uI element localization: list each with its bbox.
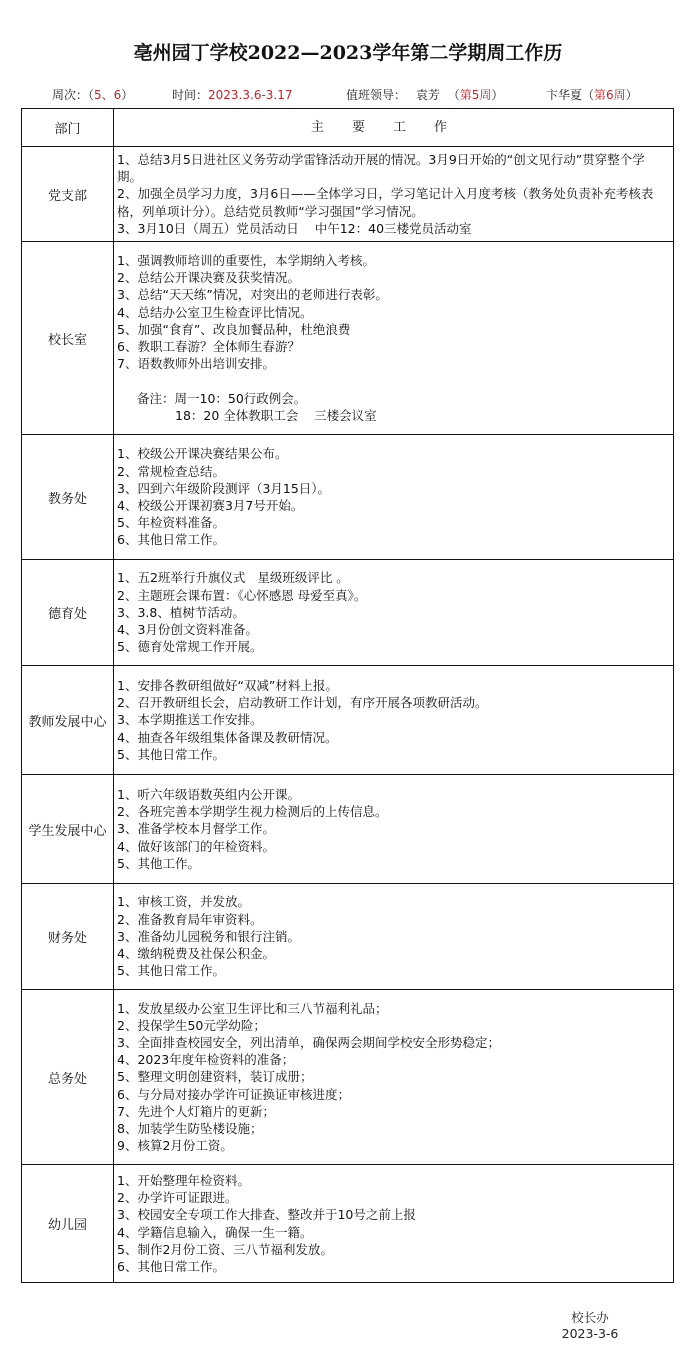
page-title: 亳州园丁学校2022—2023学年第二学期周工作历: [0, 38, 696, 65]
work-item: 2、各班完善本学期学生视力检测后的上传信息。: [117, 803, 669, 820]
work-cell: 1、校级公开课决赛结果公布。 2、常规检查总结。 3、四到六年级阶段测评（3月1…: [114, 435, 673, 559]
work-cell: 1、五2班举行升旗仪式 星级班级评比 。 2、主题班会课布置：《心怀感恩 母爱至…: [114, 560, 673, 665]
dept-cell: 幼儿园: [22, 1165, 114, 1282]
work-item: 4、3月份创文资料准备。: [117, 621, 669, 638]
work-item: 1、发放星级办公室卫生评比和三八节福利礼品；: [117, 1000, 669, 1017]
work-item: 1、五2班举行升旗仪式 星级班级评比 。: [117, 569, 669, 586]
work-item: 2、召开教研组长会，启动教研工作计划，有序开展各项教研活动。: [117, 694, 669, 711]
leader2-close: ）: [626, 88, 638, 102]
dept-cell: 教务处: [22, 435, 114, 559]
footer-date: 2023-3-6: [540, 1326, 640, 1341]
work-item: 8、加装学生防坠楼设施；: [117, 1120, 669, 1137]
table-row: 党支部 1、总结3月5日进社区义务劳动学雷锋活动开展的情况。3月9日开始的“创文…: [22, 146, 673, 241]
table-row: 学生发展中心 1、听六年级语数英组内公开课。 2、各班完善本学期学生视力检测后的…: [22, 774, 673, 883]
leader1-close: ）: [491, 88, 503, 102]
week-close: ）: [121, 88, 133, 102]
table-header: 部门 主要工作: [22, 109, 673, 146]
work-item: 2、投保学生50元学幼险；: [117, 1017, 669, 1034]
work-cell: 1、审核工资，并发放。 2、准备教育局年审资料。 3、准备幼儿园税务和银行注销。…: [114, 884, 673, 989]
dept-cell: 财务处: [22, 884, 114, 989]
work-schedule-table: 部门 主要工作 党支部 1、总结3月5日进社区义务劳动学雷锋活动开展的情况。3月…: [21, 108, 674, 1283]
note-line: 18：20 全体教职工会 三楼会议室: [117, 407, 669, 424]
table-row: 教务处 1、校级公开课决赛结果公布。 2、常规检查总结。 3、四到六年级阶段测评…: [22, 434, 673, 559]
work-item: 1、开始整理年检资料。: [117, 1172, 669, 1189]
week-value: 5、6: [94, 88, 121, 102]
leader2-week: 第6周: [594, 88, 626, 102]
work-item: 1、强调教师培训的重要性，本学期纳入考核。: [117, 252, 669, 269]
time-value: 2023.3.6-3.17: [208, 88, 293, 102]
note-line: 备注：周一10：50行政例会。: [117, 390, 669, 407]
work-cell: 1、发放星级办公室卫生评比和三八节福利礼品； 2、投保学生50元学幼险； 3、全…: [114, 990, 673, 1164]
week-label: 周次：（: [52, 88, 94, 102]
work-item: 5、其他日常工作。: [117, 962, 669, 979]
work-cell: 1、安排各教研组做好“双减”材料上报。 2、召开教研组长会，启动教研工作计划，有…: [114, 666, 673, 774]
work-item: 3、3月10日（周五）党员活动日 中午12：40三楼党员活动室: [117, 220, 669, 237]
leader-label: 值班领导：: [346, 88, 406, 102]
time-info: 时间：2023.3.6-3.17: [172, 86, 293, 103]
header-dept: 部门: [22, 109, 114, 146]
work-item: 6、其他日常工作。: [117, 1258, 669, 1275]
work-item: 4、2023年度年检资料的准备；: [117, 1051, 669, 1068]
work-item: 7、语数教师外出培训安排。: [117, 355, 669, 372]
work-item: 3、总结“天天练”情况，对突出的老师进行表彰。: [117, 286, 669, 303]
work-item: 3、准备学校本月督学工作。: [117, 820, 669, 837]
leader2-name: 卞华夏: [546, 88, 582, 102]
table-row: 幼儿园 1、开始整理年检资料。 2、办学许可证跟进。 3、校园安全专项工作大排查…: [22, 1164, 673, 1282]
dept-cell: 党支部: [22, 147, 114, 241]
work-item: 1、安排各教研组做好“双减”材料上报。: [117, 677, 669, 694]
table-row: 德育处 1、五2班举行升旗仪式 星级班级评比 。 2、主题班会课布置：《心怀感恩…: [22, 559, 673, 665]
work-cell: 1、开始整理年检资料。 2、办学许可证跟进。 3、校园安全专项工作大排查、整改并…: [114, 1165, 673, 1282]
work-item: 2、办学许可证跟进。: [117, 1189, 669, 1206]
work-item: 1、总结3月5日进社区义务劳动学雷锋活动开展的情况。3月9日开始的“创文见行动”…: [117, 151, 669, 185]
dept-cell: 校长室: [22, 242, 114, 434]
work-item: 6、与分局对接办学许可证换证审核进度；: [117, 1086, 669, 1103]
work-cell: 1、强调教师培训的重要性，本学期纳入考核。 2、总结公开课决赛及获奖情况。 3、…: [114, 242, 673, 434]
table-row: 财务处 1、审核工资，并发放。 2、准备教育局年审资料。 3、准备幼儿园税务和银…: [22, 883, 673, 989]
table-row: 教师发展中心 1、安排各教研组做好“双减”材料上报。 2、召开教研组长会，启动教…: [22, 665, 673, 774]
work-item: 4、校级公开课初赛3月7号开始。: [117, 497, 669, 514]
work-item: 4、缴纳税费及社保公积金。: [117, 945, 669, 962]
work-item: 5、年检资料准备。: [117, 514, 669, 531]
work-item: 3、全面排查校园安全，列出清单，确保两会期间学校安全形势稳定；: [117, 1034, 669, 1051]
dept-cell: 德育处: [22, 560, 114, 665]
leader-info: 值班领导： 袁芳 （第5周）: [346, 86, 503, 103]
work-item: 6、其他日常工作。: [117, 531, 669, 548]
work-item: 4、总结办公室卫生检查评比情况。: [117, 304, 669, 321]
footer-office: 校长办: [540, 1308, 640, 1326]
dept-cell: 教师发展中心: [22, 666, 114, 774]
leader1-open: （: [448, 88, 460, 102]
leader2-open: （: [582, 88, 594, 102]
work-item: 5、其他工作。: [117, 855, 669, 872]
leader2-info: 卞华夏（第6周）: [546, 86, 638, 103]
work-item: 5、其他日常工作。: [117, 746, 669, 763]
header-work: 主要工作: [114, 109, 673, 146]
work-item: 3、四到六年级阶段测评（3月15日）。: [117, 480, 669, 497]
work-cell: 1、总结3月5日进社区义务劳动学雷锋活动开展的情况。3月9日开始的“创文见行动”…: [114, 147, 673, 241]
work-item: 3、3.8、植树节活动。: [117, 604, 669, 621]
work-item: 4、抽查各年级组集体备课及教研情况。: [117, 729, 669, 746]
work-item: 1、听六年级语数英组内公开课。: [117, 786, 669, 803]
work-item: 2、常规检查总结。: [117, 463, 669, 480]
work-item: 2、总结公开课决赛及获奖情况。: [117, 269, 669, 286]
work-item: 5、制作2月份工资、三八节福利发放。: [117, 1241, 669, 1258]
work-item: 2、加强全员学习力度，3月6日——全体学习日，学习笔记计入月度考核（教务处负责补…: [117, 185, 669, 219]
work-item: 3、校园安全专项工作大排查、整改并于10号之前上报: [117, 1206, 669, 1223]
leader1-name: 袁芳: [416, 88, 440, 102]
work-item: 2、准备教育局年审资料。: [117, 911, 669, 928]
table-row: 校长室 1、强调教师培训的重要性，本学期纳入考核。 2、总结公开课决赛及获奖情况…: [22, 241, 673, 434]
work-item: 3、本学期推送工作安排。: [117, 711, 669, 728]
leader1-week: 第5周: [460, 88, 492, 102]
table-row: 总务处 1、发放星级办公室卫生评比和三八节福利礼品； 2、投保学生50元学幼险；…: [22, 989, 673, 1164]
schedule-meta: 周次：（5、6） 时间：2023.3.6-3.17 值班领导： 袁芳 （第5周）…: [0, 86, 696, 104]
work-item: 1、审核工资，并发放。: [117, 893, 669, 910]
work-item: 4、学籍信息输入，确保一生一籍。: [117, 1224, 669, 1241]
work-item: 9、核算2月份工资。: [117, 1137, 669, 1154]
work-item: 2、主题班会课布置：《心怀感恩 母爱至真》。: [117, 587, 669, 604]
work-item: 1、校级公开课决赛结果公布。: [117, 445, 669, 462]
work-item: 5、加强“食育”、改良加餐品种，杜绝浪费: [117, 321, 669, 338]
dept-cell: 总务处: [22, 990, 114, 1164]
work-item: 5、德育处常规工作开展。: [117, 638, 669, 655]
work-cell: 1、听六年级语数英组内公开课。 2、各班完善本学期学生视力检测后的上传信息。 3…: [114, 775, 673, 883]
work-item: 4、做好该部门的年检资料。: [117, 838, 669, 855]
work-item: 5、整理文明创建资料，装订成册；: [117, 1068, 669, 1085]
work-item: 3、准备幼儿园税务和银行注销。: [117, 928, 669, 945]
week-info: 周次：（5、6）: [52, 86, 133, 103]
dept-cell: 学生发展中心: [22, 775, 114, 883]
work-item: 7、先进个人灯箱片的更新；: [117, 1103, 669, 1120]
time-label: 时间：: [172, 88, 208, 102]
work-item: 6、教职工春游？全体师生春游？: [117, 338, 669, 355]
